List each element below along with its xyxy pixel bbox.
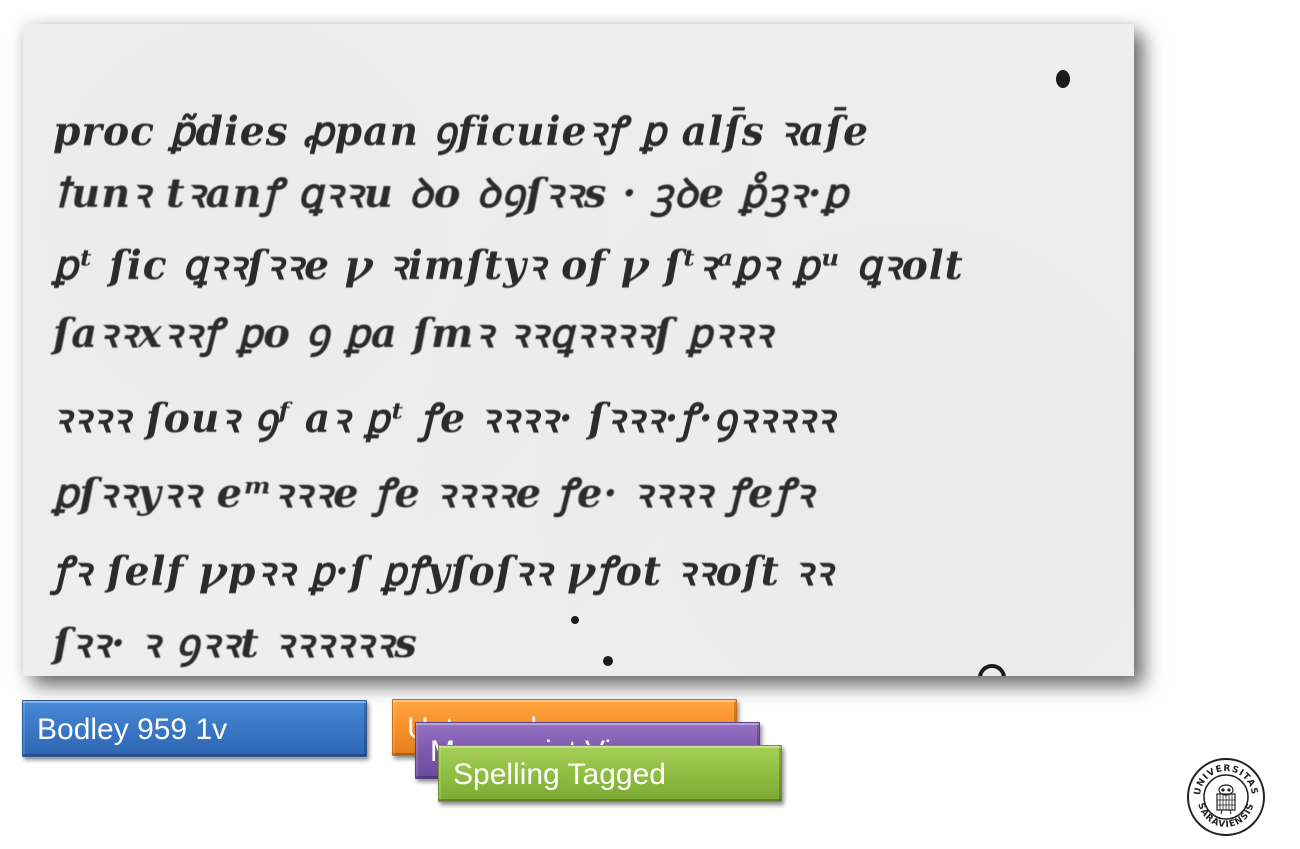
- manuscript-ink-line: ſꝛꝛ· ꝛ ꝯꝛꝛt ꝛꝛꝛꝛꝛꝛs: [53, 614, 418, 669]
- ink-dot: [571, 616, 579, 624]
- label-text: Spelling Tagged: [453, 758, 666, 791]
- label-text: Bodley 959 1v: [37, 713, 227, 746]
- manuscript-ink-line: ꝭꝛ ſelf ꝩpꝛꝛ ꝑ·ſ ꝑꝭyſoſꝛꝛ ꝩꝭot ꝛꝛoſt ꝛꝛ: [53, 542, 834, 597]
- label-spelling-tagged[interactable]: Spelling Tagged: [438, 745, 782, 802]
- manuscript-ink-line: proc ꝑ̃dies ꝓpan ꝯficuieꝛꝭ ꝑ alſ̄s ꝛaſ̄e: [53, 102, 869, 157]
- ink-dot: [978, 664, 1006, 676]
- manuscript-ink-line: ſaꝛꝛxꝛꝛꝭ ꝑo ꝯ ꝑa ſmꝛ ꝛꝛꝗꝛꝛꝛꝛſ ꝑꝛꝛꝛ: [53, 304, 773, 359]
- ink-dot: [1056, 70, 1070, 88]
- ink-dot: [603, 656, 613, 666]
- university-seal-icon: UNIVERSITAS SARAVIENSIS: [1186, 757, 1266, 837]
- manuscript-image: proc ꝑ̃dies ꝓpan ꝯficuieꝛꝭ ꝑ alſ̄s ꝛaſ̄e…: [23, 24, 1134, 676]
- manuscript-ink-line: ꝉunꝛ tꝛanꝭ ꝗꝛꝛu ꝺo ꝺꝯſꝛꝛs · ꝫꝺe ꝑ̊ꝫꝛ·ꝑ: [53, 164, 849, 219]
- slide: proc ꝑ̃dies ꝓpan ꝯficuieꝛꝭ ꝑ alſ̄s ꝛaſ̄e…: [0, 0, 1300, 849]
- manuscript-ink-line: ꝛꝛꝛꝛ ſouꝛ ꝯᶠ aꝛ ꝑᵗ ꝭe ꝛꝛꝛꝛ· ſꝛꝛꝛ·ꝭ·ꝯꝛꝛꝛꝛ…: [53, 389, 835, 444]
- label-bodley-959-1v[interactable]: Bodley 959 1v: [22, 700, 367, 757]
- manuscript-ink-line: ꝑſꝛꝛyꝛꝛ eᵐꝛꝛꝛe ꝭe ꝛꝛꝛꝛe ꝭe· ꝛꝛꝛꝛ ꝭeꝭꝛ: [53, 464, 814, 519]
- manuscript-ink-line: ꝑᵗ ſic ꝗꝛꝛſꝛꝛe ꝩ ꝛimſtyꝛ of ꝩ ſᵗꝛᵃꝑꝛ ꝑᵘ …: [53, 236, 964, 291]
